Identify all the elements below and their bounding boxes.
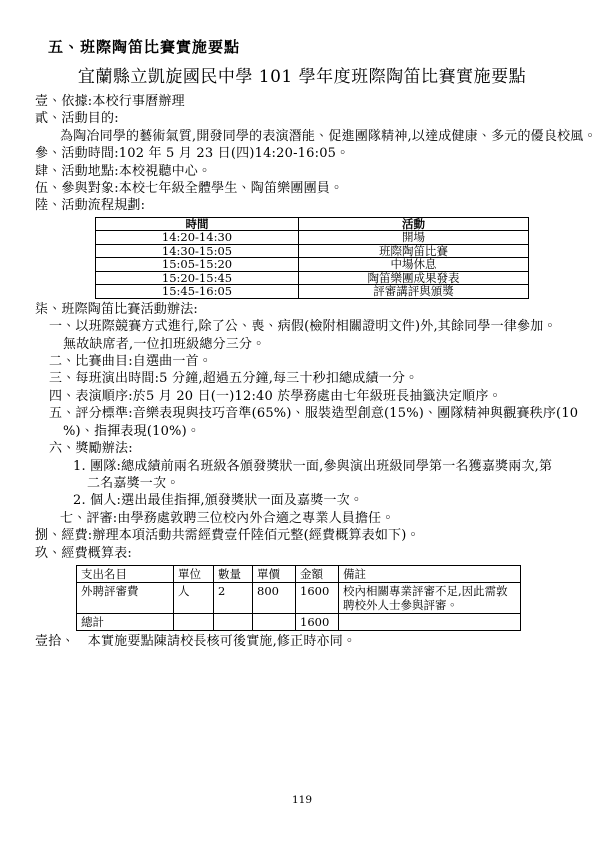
schedule-row: 15:05-15:20 中場休息 (96, 258, 529, 272)
budget-cell-qty: 2 (214, 582, 253, 613)
doc-line-budget-heading: 玖、經費概算表: (35, 545, 569, 562)
budget-header-unit: 單位 (174, 565, 214, 582)
doc-line-time: 參、活動時間:102 年 5 月 23 日(四)14:20-16:05。 (35, 145, 569, 162)
budget-cell-qty (214, 613, 253, 630)
page-number: 119 (0, 794, 604, 806)
budget-cell-note: 校內相關專業評審不足,因此需敦聘校外人士參與評審。 (339, 582, 521, 613)
schedule-row: 14:20-14:30 開場 (96, 231, 529, 245)
doc-line-approval: 壹拾、 本實施要點陳請校長核可後實施,修正時亦同。 (35, 633, 569, 650)
budget-cell-unit-price (253, 613, 296, 630)
document-content: 五、班際陶笛比賽實施要點 宜蘭縣立凱旋國民中學 101 學年度班際陶笛比賽實施要… (0, 0, 604, 650)
budget-cell-unit (174, 613, 214, 630)
schedule-cell-activity: 開場 (299, 231, 529, 245)
budget-cell-note (339, 613, 521, 630)
schedule-cell-time: 15:05-15:20 (96, 258, 299, 272)
doc-line-award-individual: 2. 個人:選出最佳指揮,頒發獎狀一面及嘉獎一次。 (73, 492, 569, 509)
doc-line-location: 肆、活動地點:本校視聽中心。 (35, 163, 569, 180)
budget-header-qty: 數量 (214, 565, 253, 582)
budget-cell-amount: 1600 (296, 613, 339, 630)
budget-cell-item: 外聘評審費 (77, 582, 174, 613)
doc-line-rule-3: 三、每班演出時間:5 分鐘,超過五分鐘,每三十秒扣總成績一分。 (49, 370, 569, 387)
budget-row: 外聘評審費 人 2 800 1600 校內相關專業評審不足,因此需敦聘校外人士參… (77, 582, 521, 613)
schedule-row: 14:30-15:05 班際陶笛比賽 (96, 244, 529, 258)
schedule-table: 時間 活動 14:20-14:30 開場 14:30-15:05 班際陶笛比賽 … (95, 217, 529, 299)
schedule-cell-activity: 評審講評與頒獎 (299, 285, 529, 299)
doc-line-purpose-heading: 貳、活動目的: (35, 110, 569, 127)
budget-cell-unit-price: 800 (253, 582, 296, 613)
doc-line-rule-2: 二、比賽曲目:自選曲一首。 (49, 353, 569, 370)
budget-total-row: 總計 1600 (77, 613, 521, 630)
schedule-cell-time: 14:20-14:30 (96, 231, 299, 245)
doc-line-rule-4: 四、表演順序:於5 月 20 日(一)12:40 於學務處由七年級班長抽籤決定順… (49, 388, 569, 405)
schedule-header-activity: 活動 (299, 217, 529, 231)
doc-line-rules-heading: 柒、班際陶笛比賽活動辦法: (35, 301, 569, 318)
doc-line-rule-1-cont: 無故缺席者,一位扣班級總分三分。 (63, 336, 569, 353)
schedule-row: 15:45-16:05 評審講評與頒獎 (96, 285, 529, 299)
schedule-cell-time: 15:45-16:05 (96, 285, 299, 299)
doc-line-rule-7: 七、評審:由學務處敦聘三位校內外合適之專業人員擔任。 (60, 510, 569, 527)
budget-header-amount: 金額 (296, 565, 339, 582)
schedule-row: 15:20-15:45 陶笛樂團成果發表 (96, 271, 529, 285)
budget-header-unit-price: 單價 (253, 565, 296, 582)
budget-header-note: 備註 (339, 565, 521, 582)
doc-line-rule-6: 六、獎勵辦法: (49, 440, 569, 457)
schedule-cell-activity: 班際陶笛比賽 (299, 244, 529, 258)
doc-line-award-team-cont: 二名嘉獎一次。 (87, 475, 569, 492)
doc-line-funding: 捌、經費:辦理本項活動共需經費壹仟陸佰元整(經費概算表如下)。 (35, 527, 569, 544)
budget-table: 支出名目 單位 數量 單價 金額 備註 外聘評審費 人 2 800 1600 校… (76, 565, 521, 631)
document-page: 五、班際陶笛比賽實施要點 宜蘭縣立凱旋國民中學 101 學年度班際陶笛比賽實施要… (0, 0, 604, 851)
schedule-header-time: 時間 (96, 217, 299, 231)
budget-header-item: 支出名目 (77, 565, 174, 582)
doc-title: 宜蘭縣立凱旋國民中學 101 學年度班際陶笛比賽實施要點 (35, 67, 569, 88)
doc-line-rule-5: 五、評分標準:音樂表現與技巧音準(65%)、服裝造型創意(15%)、團隊精神與觀… (49, 405, 569, 422)
budget-header-row: 支出名目 單位 數量 單價 金額 備註 (77, 565, 521, 582)
doc-line-award-team: 1. 團隊:總成績前兩名班級各頒發獎狀一面,參與演出班級同學第一名獲嘉獎兩次,第 (73, 458, 569, 475)
budget-cell-amount: 1600 (296, 582, 339, 613)
schedule-cell-time: 14:30-15:05 (96, 244, 299, 258)
doc-line-schedule-heading: 陸、活動流程規劃: (35, 197, 569, 214)
doc-line-rule-5-cont: %)、指揮表現(10%)。 (63, 423, 569, 440)
budget-cell-unit: 人 (174, 582, 214, 613)
doc-line-participants: 伍、參與對象:本校七年級全體學生、陶笛樂團團員。 (35, 180, 569, 197)
budget-cell-item: 總計 (77, 613, 174, 630)
doc-line-purpose-body: 為陶冶同學的藝術氣質,開發同學的表演潛能、促進團隊精神,以達成健康、多元的優良校… (60, 128, 569, 145)
doc-line-basis: 壹、依據:本校行事曆辦理 (35, 93, 569, 110)
doc-line-rule-1: 一、以班際競賽方式進行,除了公、喪、病假(檢附相關證明文件)外,其餘同學一律參加… (49, 318, 569, 335)
schedule-cell-activity: 中場休息 (299, 258, 529, 272)
schedule-cell-time: 15:20-15:45 (96, 271, 299, 285)
schedule-cell-activity: 陶笛樂團成果發表 (299, 271, 529, 285)
section-heading: 五、班際陶笛比賽實施要點 (48, 38, 569, 56)
schedule-header-row: 時間 活動 (96, 217, 529, 231)
